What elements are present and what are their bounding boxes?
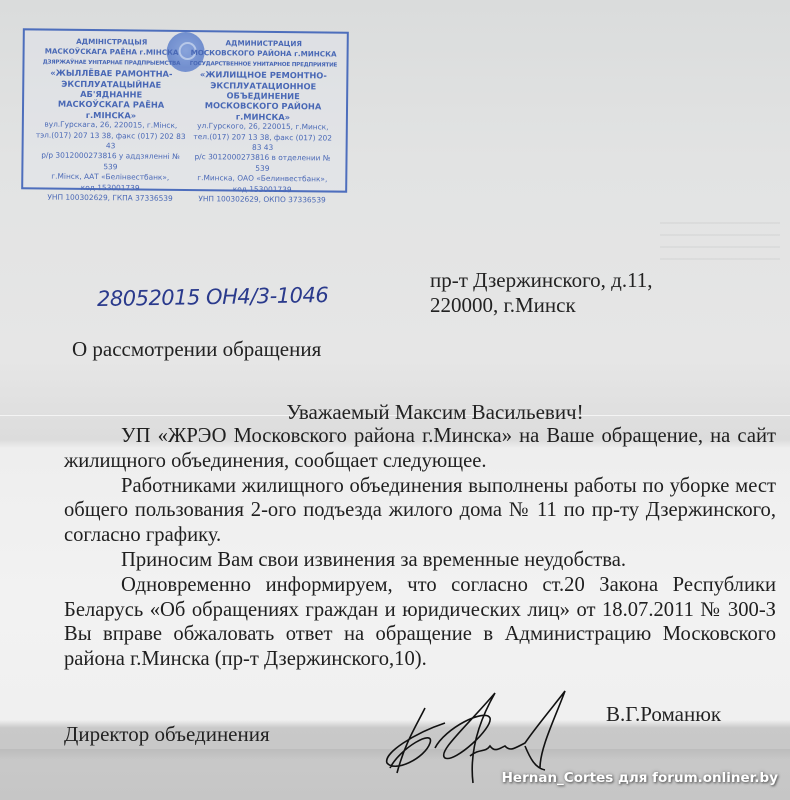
- stamp-line: УНП 100302629, ГКПА 37336539: [35, 193, 185, 205]
- signatory-name: В.Г.Романюк: [606, 702, 721, 727]
- stamp-line: ЭКСПЛУАТАЦЫЙНАЕ АБ'ЯДНАННЕ: [36, 78, 186, 100]
- stamp-line: г.Минска, ОАО «Белинвестбанк»,: [187, 173, 337, 185]
- stamp-line: тэл.(017) 207 13 38, факс (017) 202 83 4…: [36, 130, 186, 152]
- paragraph: Работниками жилищного объединения выполн…: [64, 474, 776, 548]
- letter-subject: О рассмотрении обращения: [72, 337, 321, 362]
- recipient-address: пр-т Дзержинского, д.11, 220000, г.Минск: [430, 268, 653, 318]
- paragraph: Приносим Вам свои извинения за временные…: [64, 548, 776, 573]
- salutation: Уважаемый Максим Васильевич!: [0, 400, 790, 425]
- stamp-russian: АДМИНИСТРАЦИЯ МОСКОВСКОГО РАЙОНА г.МИНСК…: [187, 38, 339, 206]
- paragraph: Одновременно информируем, что согласно с…: [64, 573, 776, 672]
- stamp-line: УНП 100302629, ОКПО 37336539: [187, 194, 337, 206]
- organization-stamp: АДМІНІСТРАЦЫЯ МАСКОЎСКАГА РАЁНА г.МІНСКА…: [21, 28, 349, 192]
- watermark: Hernan_Cortes для forum.onliner.by: [502, 770, 778, 786]
- stamp-line: р/с 3012000273816 в отделении № 539: [187, 152, 337, 174]
- bleed-through-text: [660, 222, 780, 262]
- stamp-belarusian: АДМІНІСТРАЦЫЯ МАСКОЎСКАГА РАЁНА г.МІНСКА…: [35, 36, 187, 204]
- handwritten-reference-number: 28052015 ОН4/3-1046: [97, 283, 329, 311]
- address-line-1: пр-т Дзержинского, д.11,: [430, 268, 653, 293]
- address-line-2: 220000, г.Минск: [430, 293, 653, 318]
- stamp-line: ЭКСПЛУАТАЦИОННОЕ ОБЪЕДИНЕНИЕ: [188, 80, 338, 102]
- paragraph: УП «ЖРЭО Московского района г.Минска» на…: [64, 424, 776, 474]
- stamp-line: р/р 3012000273816 у аддзяленні № 539: [35, 151, 185, 173]
- letter-body: УП «ЖРЭО Московского района г.Минска» на…: [64, 424, 776, 672]
- stamp-line: МОСКОВСКОГО РАЙОНА г.МИНСКА»: [188, 100, 338, 122]
- stamp-line: тел.(017) 207 13 38, факс (017) 202 83 4…: [188, 132, 338, 154]
- stamp-line: г.Мінск, ААТ «Белінвестбанк»,: [35, 172, 185, 184]
- stamp-line: МАСКОЎСКАГА РАЁНА г.МІНСКА»: [36, 99, 186, 121]
- stamp-line: «ЖЫЛЛЁВАЕ РАМОНТНА-: [36, 68, 186, 80]
- signatory-title: Директор объединения: [64, 722, 270, 747]
